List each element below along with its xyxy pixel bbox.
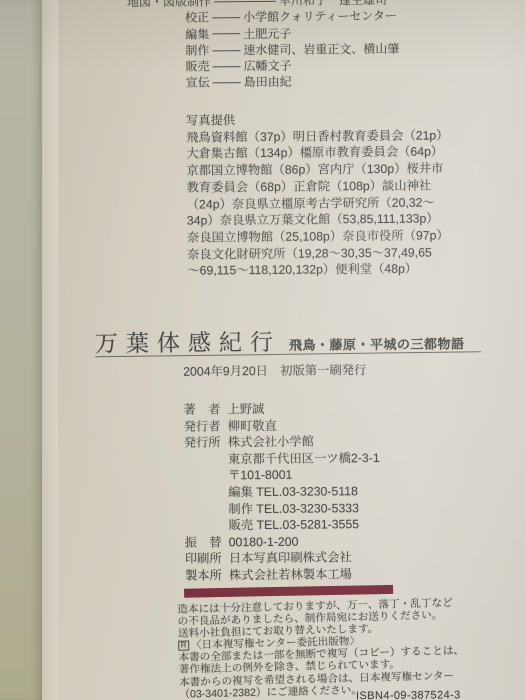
leader-line bbox=[212, 33, 240, 34]
staff-credits: 地図・図版制作 早川和子 蓬生雄司 校正 小学館クォリティーセンター 編集 土肥… bbox=[127, 0, 488, 92]
publication-label bbox=[184, 451, 228, 468]
publication-row: 印刷所 日本写真印刷株式会社 bbox=[185, 549, 381, 567]
publication-label: 発行者 bbox=[184, 418, 228, 435]
credit-names: 広幡文子 bbox=[243, 58, 291, 75]
publication-row: 〒101-8001 bbox=[184, 466, 380, 484]
jrrc-registered-mark-icon: R bbox=[178, 641, 189, 651]
publication-row: 著 者 上野誠 bbox=[183, 400, 379, 418]
publication-label: 著 者 bbox=[183, 401, 227, 418]
leader-line bbox=[213, 66, 241, 67]
publication-value: 日本写真印刷株式会社 bbox=[229, 550, 352, 568]
credit-label: 校正 bbox=[185, 10, 209, 27]
accent-bar bbox=[184, 585, 393, 598]
credit-label: 制作 bbox=[185, 42, 209, 59]
leader-line bbox=[212, 50, 240, 51]
leader-line bbox=[214, 1, 276, 3]
publication-value: 柳町敬直 bbox=[228, 417, 277, 434]
publication-value: 制作 TEL.03-3230-5333 bbox=[228, 500, 359, 518]
book-colophon-page: 地図・図版制作 早川和子 蓬生雄司 校正 小学館クォリティーセンター 編集 土肥… bbox=[0, 0, 525, 700]
publication-value: 株式会社小学館 bbox=[228, 434, 314, 451]
publication-value: 上野誠 bbox=[227, 401, 264, 418]
credit-names: 島田由紀 bbox=[244, 74, 292, 91]
publication-label bbox=[184, 484, 228, 501]
publication-row: 編集 TEL.03-3230-5118 bbox=[184, 483, 380, 501]
publication-value: 〒101-8001 bbox=[228, 467, 292, 484]
publication-row: 東京都千代田区一ツ橋2-3-1 bbox=[184, 450, 380, 468]
edition-date: 2004年9月20日 初版第一刷発行 bbox=[183, 360, 366, 380]
credit-label: 宣伝 bbox=[186, 75, 210, 92]
publication-row: 販売 TEL.03-5281-3555 bbox=[184, 516, 380, 534]
fine-print: 造本には十分注意しておりますが、万一、落丁・乱丁など の不良品がありましたら、制… bbox=[177, 596, 479, 700]
leader-line bbox=[213, 82, 241, 83]
publication-row: 製本所 株式会社若林製本工場 bbox=[185, 566, 381, 584]
publication-label bbox=[184, 501, 228, 518]
publication-value: 編集 TEL.03-3230-5118 bbox=[228, 483, 358, 501]
isbn-number: ISBN4-09-387524-3 bbox=[356, 689, 461, 700]
publication-label bbox=[184, 517, 228, 534]
publication-label: 発行所 bbox=[184, 434, 228, 451]
publication-row: 制作 TEL.03-3230-5333 bbox=[184, 500, 380, 518]
publication-row: 発行所 株式会社小学館 bbox=[184, 433, 380, 451]
credit-row: 宣伝 島田由紀 bbox=[128, 73, 488, 92]
publication-label bbox=[184, 468, 228, 485]
credit-names: 速水健司、岩重正文、横山肇 bbox=[243, 41, 399, 59]
publication-value: 00180-1-200 bbox=[229, 533, 299, 550]
leader-line bbox=[212, 17, 240, 18]
photo-credits-line: ～69,115～118,120,132p）便利堂（48p） bbox=[187, 260, 497, 279]
publication-label: 製本所 bbox=[185, 567, 229, 584]
publication-row: 発行者 柳町敬直 bbox=[184, 417, 380, 435]
publication-value: 販売 TEL.03-5281-3555 bbox=[228, 516, 359, 534]
publication-value: 株式会社若林製本工場 bbox=[229, 566, 352, 584]
publication-value: 東京都千代田区一ツ橋2-3-1 bbox=[228, 450, 380, 468]
photo-credits: 写真提供 飛鳥資料館（37p）明日香村教育委員会（21p） 大倉集古館（134p… bbox=[186, 110, 497, 280]
publication-row: 振 替 00180-1-200 bbox=[185, 533, 381, 551]
credit-names: 小学館クォリティーセンター bbox=[243, 8, 397, 26]
publication-info: 著 者 上野誠 発行者 柳町敬直 発行所 株式会社小学館 東京都千代田区一ツ橋2… bbox=[183, 400, 380, 584]
credit-label: 編集 bbox=[185, 26, 209, 43]
publication-label: 振 替 bbox=[185, 534, 229, 551]
credit-label: 販売 bbox=[185, 59, 209, 76]
colophon-content: 地図・図版制作 早川和子 蓬生雄司 校正 小学館クォリティーセンター 編集 土肥… bbox=[0, 0, 525, 700]
book-subtitle: 飛鳥・藤原・平城の三都物語 bbox=[289, 333, 465, 354]
publication-label: 印刷所 bbox=[185, 551, 229, 568]
credit-names: 土肥元子 bbox=[243, 25, 291, 42]
